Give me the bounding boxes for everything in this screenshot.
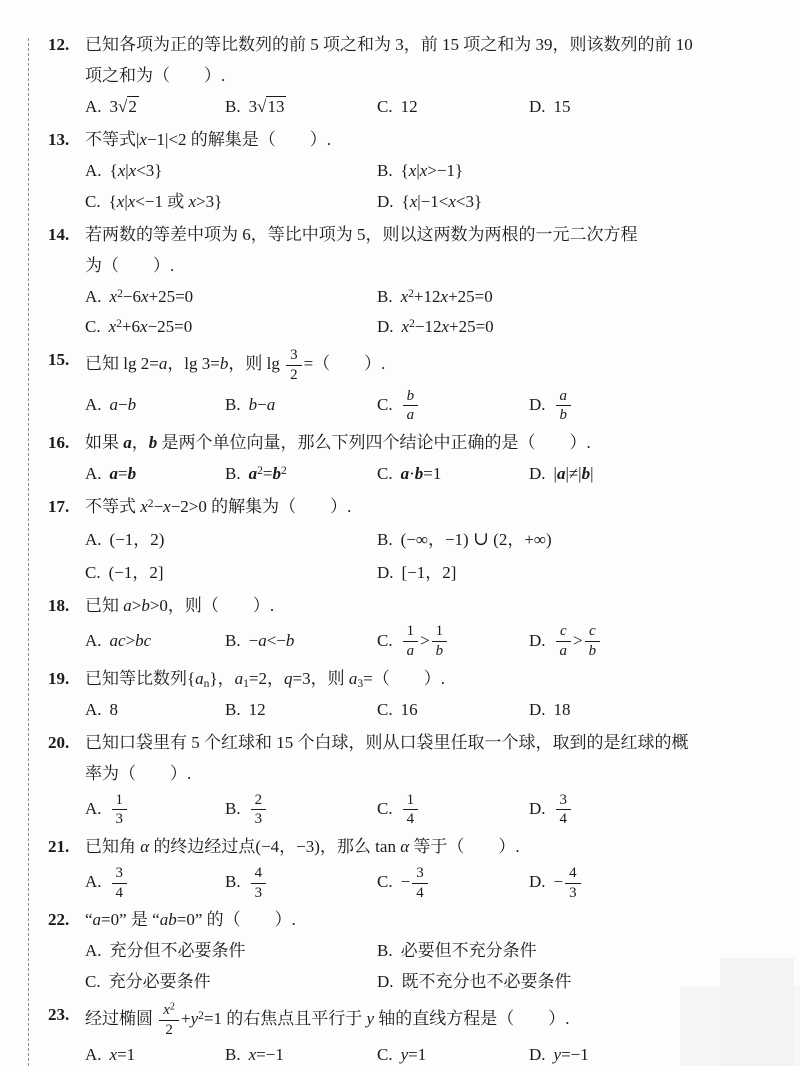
- option-B: B.x=−1: [225, 1040, 377, 1066]
- option-label: C.: [377, 700, 393, 719]
- option-label: D.: [529, 799, 546, 818]
- option-label: D.: [529, 395, 546, 414]
- question-19: 19.已知等比数列{an}，a1=2，q=3，则 a3=（ ）.A.8B.12C…: [48, 664, 774, 726]
- option-label: C.: [85, 317, 101, 336]
- option-label: D.: [529, 464, 546, 483]
- option-label: A.: [85, 161, 102, 180]
- option-A: A.充分但不必要条件: [85, 936, 377, 967]
- question-17: 17.不等式 x2−x−2>0 的解集为（ ）.A.(−1，2)B.(−∞，−1…: [48, 492, 774, 589]
- option-text: 充分必要条件: [109, 972, 211, 991]
- option-text: |a|≠|b|: [554, 464, 594, 483]
- option-text: 13: [110, 799, 129, 818]
- option-text: 1a>1b: [401, 631, 450, 650]
- stem-line: 不等式|x−1|<2 的解集是（ ）.: [85, 125, 774, 156]
- fraction: 1b: [432, 622, 447, 660]
- option-label: C.: [85, 192, 101, 211]
- question-22: 22.“a=0” 是 “ab=0” 的（ ）.A.充分但不必要条件B.必要但不充…: [48, 905, 774, 998]
- option-text: ab: [554, 395, 573, 414]
- option-C: C.(−1，2]: [85, 558, 377, 589]
- option-B: B.3√13: [225, 92, 377, 123]
- options-row: A.{x|x<3}B.{x|x>−1}: [85, 156, 774, 187]
- question-stem: 20.已知口袋里有 5 个红球和 15 个白球，则从口袋里任取一个球，取到的是红…: [48, 728, 774, 759]
- question-number: 21.: [48, 832, 85, 863]
- fraction: 34: [112, 864, 127, 902]
- option-label: D.: [377, 972, 394, 991]
- option-label: D.: [529, 1045, 546, 1064]
- option-text: ba: [401, 395, 420, 414]
- option-D: D.|a|≠|b|: [529, 459, 774, 490]
- option-label: D.: [529, 97, 546, 116]
- option-C: C.12: [377, 92, 529, 123]
- option-text: 3√13: [249, 96, 287, 116]
- option-B: B.(−∞，−1) ∪ (2，+∞): [377, 523, 774, 558]
- question-stem: 13.不等式|x−1|<2 的解集是（ ）.: [48, 125, 774, 156]
- question-number: 18.: [48, 591, 85, 622]
- stem-line: 已知口袋里有 5 个红球和 15 个白球，则从口袋里任取一个球，取到的是红球的概: [85, 728, 774, 759]
- exam-page: 12.已知各项为正的等比数列的前 5 项之和为 3，前 15 项之和为 39，则…: [0, 0, 800, 1066]
- option-text: (−1，2): [110, 530, 165, 549]
- option-label: B.: [377, 161, 393, 180]
- question-stem: 19.已知等比数列{an}，a1=2，q=3，则 a3=（ ）.: [48, 664, 774, 695]
- options-row: C.(−1，2]D.[−1，2]: [85, 558, 774, 589]
- option-label: A.: [85, 799, 102, 818]
- option-A: A.a=b: [85, 459, 225, 490]
- option-C: C.ba: [377, 386, 529, 426]
- question-13: 13.不等式|x−1|<2 的解集是（ ）.A.{x|x<3}B.{x|x>−1…: [48, 125, 774, 218]
- option-D: D.{x|−1<x<3}: [377, 187, 774, 218]
- stem-line: 项之和为（ ）.: [85, 61, 774, 92]
- option-text: −34: [401, 872, 430, 891]
- stem-line: 已知等比数列{an}，a1=2，q=3，则 a3=（ ）.: [85, 664, 774, 695]
- option-label: B.: [225, 631, 241, 650]
- option-A: A.{x|x<3}: [85, 156, 377, 187]
- option-text: (−∞，−1) ∪ (2，+∞): [401, 530, 552, 549]
- options-row: A.13B.23C.14D.34: [85, 790, 774, 830]
- option-text: 34: [554, 799, 573, 818]
- option-text: b−a: [249, 395, 276, 414]
- option-label: B.: [225, 1045, 241, 1064]
- option-D: D.15: [529, 92, 774, 123]
- option-text: 34: [110, 872, 129, 891]
- option-text: −a<−b: [249, 631, 295, 650]
- option-label: A.: [85, 97, 102, 116]
- question-number: 20.: [48, 728, 85, 759]
- option-label: D.: [377, 563, 394, 582]
- option-A: A.ac>bc: [85, 626, 225, 657]
- option-label: C.: [377, 631, 393, 650]
- question-number: 16.: [48, 428, 85, 459]
- option-label: A.: [85, 1045, 102, 1064]
- fraction: ba: [403, 387, 418, 425]
- option-text: x=1: [110, 1045, 136, 1064]
- stem-line: 如果 a，b 是两个单位向量，那么下列四个结论中正确的是（ ）.: [85, 428, 774, 459]
- options-row: C.x2+6x−25=0D.x2−12x+25=0: [85, 312, 774, 343]
- option-label: A.: [85, 872, 102, 891]
- option-label: B.: [225, 872, 241, 891]
- fraction: cb: [585, 622, 600, 660]
- option-text: 12: [401, 97, 418, 116]
- option-D: D.y=−1: [529, 1040, 774, 1066]
- option-D: D.既不充分也不必要条件: [377, 967, 774, 998]
- option-text: 12: [249, 700, 266, 719]
- option-label: B.: [377, 530, 393, 549]
- option-D: D.34: [529, 790, 774, 830]
- option-label: C.: [85, 972, 101, 991]
- option-label: C.: [377, 872, 393, 891]
- fraction: 43: [251, 864, 266, 902]
- option-text: x2−6x+25=0: [110, 287, 194, 306]
- option-text: {x|x<−1 或 x>3}: [109, 192, 223, 211]
- option-text: a−b: [110, 395, 137, 414]
- option-A: A.34: [85, 863, 225, 903]
- option-text: ac>bc: [110, 631, 152, 650]
- fraction: x22: [159, 1001, 179, 1039]
- stem-line: 不等式 x2−x−2>0 的解集为（ ）.: [85, 492, 774, 523]
- option-text: a·b=1: [401, 464, 442, 483]
- question-14: 14.若两数的等差中项为 6，等比中项为 5，则以这两数为两根的一元二次方程为（…: [48, 220, 774, 344]
- stem-line: 已知各项为正的等比数列的前 5 项之和为 3，前 15 项之和为 39，则该数列…: [85, 30, 774, 61]
- option-D: D.[−1，2]: [377, 558, 774, 589]
- option-label: B.: [377, 287, 393, 306]
- option-B: B.x2+12x+25=0: [377, 282, 774, 313]
- option-label: A.: [85, 287, 102, 306]
- option-label: C.: [377, 97, 393, 116]
- question-stem: 12.已知各项为正的等比数列的前 5 项之和为 3，前 15 项之和为 39，则…: [48, 30, 774, 61]
- option-B: B.23: [225, 790, 377, 830]
- question-number: 19.: [48, 664, 85, 695]
- option-text: −43: [554, 872, 583, 891]
- option-text: 8: [110, 700, 119, 719]
- question-21: 21.已知角 α 的终边经过点(−4，−3)，那么 tan α 等于（ ）.A.…: [48, 832, 774, 903]
- options-row: A.34B.43C.−34D.−43: [85, 863, 774, 903]
- question-stem: 21.已知角 α 的终边经过点(−4，−3)，那么 tan α 等于（ ）.: [48, 832, 774, 863]
- fraction: 13: [112, 791, 127, 829]
- option-text: y=1: [401, 1045, 427, 1064]
- radical: √2: [118, 96, 139, 116]
- question-23: 23.经过椭圆 x22+y2=1 的右焦点且平行于 y 轴的直线方程是（ ）.A…: [48, 1000, 774, 1066]
- option-D: D.18: [529, 695, 774, 726]
- option-label: A.: [85, 530, 102, 549]
- stem-line: 为（ ）.: [85, 251, 774, 282]
- option-C: C.x2+6x−25=0: [85, 312, 377, 343]
- option-label: B.: [225, 464, 241, 483]
- options-row: A.a=bB.a2=b2C.a·b=1D.|a|≠|b|: [85, 459, 774, 490]
- question-stem: 22.“a=0” 是 “ab=0” 的（ ）.: [48, 905, 774, 936]
- option-text: a2=b2: [249, 464, 287, 483]
- fraction: 34: [412, 864, 427, 902]
- option-label: D.: [529, 631, 546, 650]
- question-number: 17.: [48, 492, 85, 523]
- question-number: 12.: [48, 30, 85, 61]
- option-B: B.−a<−b: [225, 626, 377, 657]
- question-number: 14.: [48, 220, 85, 251]
- option-A: A.3√2: [85, 92, 225, 123]
- question-stem: 14.若两数的等差中项为 6，等比中项为 5，则以这两数为两根的一元二次方程: [48, 220, 774, 251]
- option-label: C.: [377, 464, 393, 483]
- stem-line: 已知角 α 的终边经过点(−4，−3)，那么 tan α 等于（ ）.: [85, 832, 774, 863]
- options-row: A.8B.12C.16D.18: [85, 695, 774, 726]
- option-text: 必要但不充分条件: [401, 941, 537, 960]
- stem-line: 经过椭圆 x22+y2=1 的右焦点且平行于 y 轴的直线方程是（ ）.: [85, 1000, 774, 1040]
- option-text: 16: [401, 700, 418, 719]
- option-B: B.12: [225, 695, 377, 726]
- options-row: A.充分但不必要条件B.必要但不充分条件: [85, 936, 774, 967]
- option-B: B.必要但不充分条件: [377, 936, 774, 967]
- option-label: D.: [377, 192, 394, 211]
- option-label: D.: [377, 317, 394, 336]
- options-row: A.x=1B.x=−1C.y=1D.y=−1: [85, 1040, 774, 1066]
- option-label: C.: [377, 799, 393, 818]
- option-label: B.: [225, 395, 241, 414]
- question-20: 20.已知口袋里有 5 个红球和 15 个白球，则从口袋里任取一个球，取到的是红…: [48, 728, 774, 830]
- option-label: A.: [85, 700, 102, 719]
- option-label: C.: [377, 395, 393, 414]
- option-A: A.8: [85, 695, 225, 726]
- question-number: 22.: [48, 905, 85, 936]
- option-C: C.16: [377, 695, 529, 726]
- question-18: 18.已知 a>b>0，则（ ）.A.ac>bcB.−a<−bC.1a>1bD.…: [48, 591, 774, 662]
- question-15: 15.已知 lg 2=a，lg 3=b，则 lg 32=（ ）.A.a−bB.b…: [48, 345, 774, 426]
- option-C: C.充分必要条件: [85, 967, 377, 998]
- fraction: 1a: [403, 622, 418, 660]
- option-D: D.ca>cb: [529, 621, 774, 661]
- options-row: A.a−bB.b−aC.baD.ab: [85, 386, 774, 426]
- option-label: D.: [529, 700, 546, 719]
- option-text: 充分但不必要条件: [110, 941, 246, 960]
- option-text: x2−12x+25=0: [402, 317, 494, 336]
- option-text: 3√2: [110, 96, 139, 116]
- option-label: C.: [85, 563, 101, 582]
- option-text: y=−1: [554, 1045, 589, 1064]
- fraction: ca: [556, 622, 571, 660]
- option-A: A.x=1: [85, 1040, 225, 1066]
- option-label: B.: [377, 941, 393, 960]
- option-A: A.a−b: [85, 390, 225, 421]
- option-B: B.b−a: [225, 390, 377, 421]
- option-text: x=−1: [249, 1045, 284, 1064]
- option-label: A.: [85, 395, 102, 414]
- option-text: 15: [554, 97, 571, 116]
- question-stem: 15.已知 lg 2=a，lg 3=b，则 lg 32=（ ）.: [48, 345, 774, 385]
- option-label: B.: [225, 97, 241, 116]
- option-text: 18: [554, 700, 571, 719]
- option-C: C.{x|x<−1 或 x>3}: [85, 187, 377, 218]
- option-B: B.43: [225, 863, 377, 903]
- question-stem: 18.已知 a>b>0，则（ ）.: [48, 591, 774, 622]
- option-text: 43: [249, 872, 268, 891]
- stem-line: 若两数的等差中项为 6，等比中项为 5，则以这两数为两根的一元二次方程: [85, 220, 774, 251]
- stem-line: 率为（ ）.: [85, 759, 774, 790]
- fraction: 14: [403, 791, 418, 829]
- option-D: D.ab: [529, 386, 774, 426]
- option-D: D.x2−12x+25=0: [377, 312, 774, 343]
- option-text: 14: [401, 799, 420, 818]
- option-text: {x|x>−1}: [401, 161, 464, 180]
- option-B: B.{x|x>−1}: [377, 156, 774, 187]
- option-label: A.: [85, 631, 102, 650]
- fraction: ab: [556, 387, 571, 425]
- option-text: ca>cb: [554, 631, 603, 650]
- option-text: x2+6x−25=0: [109, 317, 193, 336]
- option-text: {x|x<3}: [110, 161, 163, 180]
- option-A: A.(−1，2): [85, 525, 377, 556]
- option-label: B.: [225, 799, 241, 818]
- option-text: {x|−1<x<3}: [402, 192, 483, 211]
- stem-line: 已知 lg 2=a，lg 3=b，则 lg 32=（ ）.: [85, 345, 774, 385]
- stem-line: 已知 a>b>0，则（ ）.: [85, 591, 774, 622]
- question-16: 16.如果 a，b 是两个单位向量，那么下列四个结论中正确的是（ ）.A.a=b…: [48, 428, 774, 490]
- option-text: [−1，2]: [402, 563, 457, 582]
- options-row: C.{x|x<−1 或 x>3}D.{x|−1<x<3}: [85, 187, 774, 218]
- option-label: A.: [85, 464, 102, 483]
- option-text: (−1，2]: [109, 563, 164, 582]
- option-D: D.−43: [529, 863, 774, 903]
- option-label: D.: [529, 872, 546, 891]
- options-row: A.3√2B.3√13C.12D.15: [85, 92, 774, 123]
- options-row: A.ac>bcB.−a<−bC.1a>1bD.ca>cb: [85, 621, 774, 661]
- fraction: 43: [565, 864, 580, 902]
- option-C: C.14: [377, 790, 529, 830]
- options-row: A.(−1，2)B.(−∞，−1) ∪ (2，+∞): [85, 523, 774, 558]
- question-number: 23.: [48, 1000, 85, 1040]
- question-12: 12.已知各项为正的等比数列的前 5 项之和为 3，前 15 项之和为 39，则…: [48, 30, 774, 123]
- question-number: 13.: [48, 125, 85, 156]
- question-stem: 16.如果 a，b 是两个单位向量，那么下列四个结论中正确的是（ ）.: [48, 428, 774, 459]
- option-text: 既不充分也不必要条件: [402, 972, 572, 991]
- fraction: 32: [286, 346, 301, 384]
- option-label: B.: [225, 700, 241, 719]
- option-B: B.a2=b2: [225, 459, 377, 490]
- options-row: C.充分必要条件D.既不充分也不必要条件: [85, 967, 774, 998]
- stem-line: “a=0” 是 “ab=0” 的（ ）.: [85, 905, 774, 936]
- question-stem: 23.经过椭圆 x22+y2=1 的右焦点且平行于 y 轴的直线方程是（ ）.: [48, 1000, 774, 1040]
- options-row: A.x2−6x+25=0B.x2+12x+25=0: [85, 282, 774, 313]
- questions: 12.已知各项为正的等比数列的前 5 项之和为 3，前 15 项之和为 39，则…: [48, 30, 774, 1066]
- option-A: A.13: [85, 790, 225, 830]
- question-stem: 17.不等式 x2−x−2>0 的解集为（ ）.: [48, 492, 774, 523]
- radical: √13: [257, 96, 286, 116]
- option-label: C.: [377, 1045, 393, 1064]
- option-C: C.−34: [377, 863, 529, 903]
- option-text: a=b: [110, 464, 137, 483]
- option-C: C.a·b=1: [377, 459, 529, 490]
- option-C: C.y=1: [377, 1040, 529, 1066]
- fraction: 23: [251, 791, 266, 829]
- question-number: 15.: [48, 345, 85, 385]
- option-A: A.x2−6x+25=0: [85, 282, 377, 313]
- fraction: 34: [556, 791, 571, 829]
- option-C: C.1a>1b: [377, 621, 529, 661]
- option-label: A.: [85, 941, 102, 960]
- option-text: x2+12x+25=0: [401, 287, 493, 306]
- option-text: 23: [249, 799, 268, 818]
